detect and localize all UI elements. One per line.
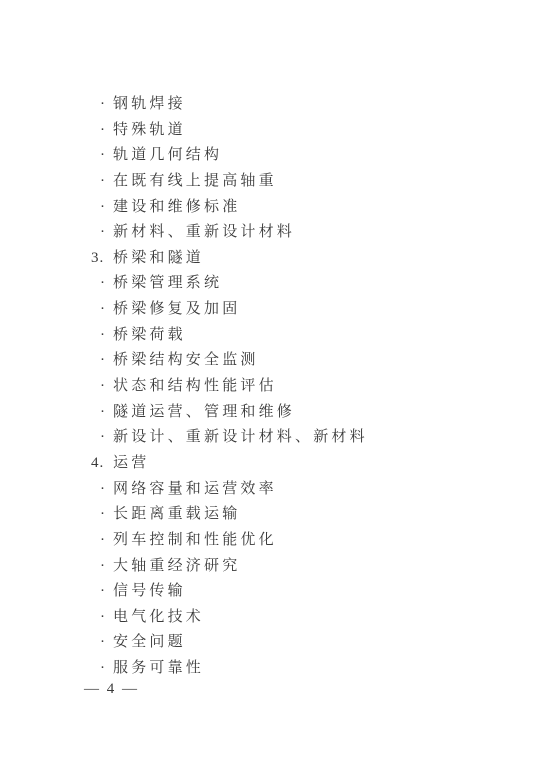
item-text: 状态和结构性能评估 bbox=[113, 374, 277, 400]
bullet-icon: · bbox=[100, 323, 105, 349]
list-item-bullet: · 隧道运营、管理和维修 bbox=[0, 400, 543, 426]
item-text: 隧道运营、管理和维修 bbox=[113, 400, 295, 426]
list-item-bullet: · 新材料、重新设计材料 bbox=[0, 220, 543, 246]
bullet-icon: · bbox=[100, 605, 105, 631]
bullet-icon: · bbox=[100, 502, 105, 528]
item-text: 列车控制和性能优化 bbox=[113, 528, 277, 554]
item-text: 建设和维修标准 bbox=[113, 195, 240, 221]
item-text: 服务可靠性 bbox=[113, 656, 204, 682]
topic-list: · 钢轨焊接 · 特殊轨道 · 轨道几何结构 · 在既有线上提高轴重 · 建设和… bbox=[0, 92, 543, 682]
item-number: 4. bbox=[91, 451, 104, 477]
list-item-bullet: · 安全问题 bbox=[0, 630, 543, 656]
item-text: 桥梁修复及加固 bbox=[113, 297, 240, 323]
bullet-icon: · bbox=[100, 92, 105, 118]
item-text: 新材料、重新设计材料 bbox=[113, 220, 295, 246]
list-item-bullet: · 服务可靠性 bbox=[0, 656, 543, 682]
bullet-icon: · bbox=[100, 271, 105, 297]
bullet-icon: · bbox=[100, 169, 105, 195]
item-text: 桥梁荷载 bbox=[113, 323, 186, 349]
bullet-icon: · bbox=[100, 400, 105, 426]
item-text: 信号传输 bbox=[113, 579, 186, 605]
page-number: — 4 — bbox=[84, 681, 139, 698]
list-item-bullet: · 特殊轨道 bbox=[0, 118, 543, 144]
bullet-icon: · bbox=[100, 554, 105, 580]
list-item-bullet: · 桥梁修复及加固 bbox=[0, 297, 543, 323]
bullet-icon: · bbox=[100, 195, 105, 221]
item-text: 长距离重载运输 bbox=[113, 502, 240, 528]
list-item-bullet: · 列车控制和性能优化 bbox=[0, 528, 543, 554]
bullet-icon: · bbox=[100, 528, 105, 554]
list-item-bullet: · 状态和结构性能评估 bbox=[0, 374, 543, 400]
bullet-icon: · bbox=[100, 630, 105, 656]
list-item-bullet: · 建设和维修标准 bbox=[0, 195, 543, 221]
document-page: · 钢轨焊接 · 特殊轨道 · 轨道几何结构 · 在既有线上提高轴重 · 建设和… bbox=[0, 0, 543, 768]
list-item-bullet: · 长距离重载运输 bbox=[0, 502, 543, 528]
item-text: 大轴重经济研究 bbox=[113, 554, 240, 580]
item-text: 桥梁管理系统 bbox=[113, 271, 222, 297]
item-text: 电气化技术 bbox=[113, 605, 204, 631]
item-text: 桥梁结构安全监测 bbox=[113, 348, 259, 374]
item-text: 在既有线上提高轴重 bbox=[113, 169, 277, 195]
item-text: 桥梁和隧道 bbox=[113, 246, 204, 272]
bullet-icon: · bbox=[100, 477, 105, 503]
bullet-icon: · bbox=[100, 579, 105, 605]
list-item-bullet: · 网络容量和运营效率 bbox=[0, 477, 543, 503]
item-text: 网络容量和运营效率 bbox=[113, 477, 277, 503]
bullet-icon: · bbox=[100, 425, 105, 451]
bullet-icon: · bbox=[100, 656, 105, 682]
list-item-numbered: 3. 桥梁和隧道 bbox=[0, 246, 543, 272]
list-item-bullet: · 轨道几何结构 bbox=[0, 143, 543, 169]
list-item-bullet: · 信号传输 bbox=[0, 579, 543, 605]
list-item-numbered: 4. 运营 bbox=[0, 451, 543, 477]
bullet-icon: · bbox=[100, 118, 105, 144]
item-text: 安全问题 bbox=[113, 630, 186, 656]
item-text: 运营 bbox=[113, 451, 149, 477]
item-text: 轨道几何结构 bbox=[113, 143, 222, 169]
bullet-icon: · bbox=[100, 143, 105, 169]
list-item-bullet: · 桥梁结构安全监测 bbox=[0, 348, 543, 374]
list-item-bullet: · 电气化技术 bbox=[0, 605, 543, 631]
list-item-bullet: · 桥梁荷载 bbox=[0, 323, 543, 349]
bullet-icon: · bbox=[100, 374, 105, 400]
item-text: 新设计、重新设计材料、新材料 bbox=[113, 425, 368, 451]
list-item-bullet: · 新设计、重新设计材料、新材料 bbox=[0, 425, 543, 451]
bullet-icon: · bbox=[100, 348, 105, 374]
item-number: 3. bbox=[91, 246, 104, 272]
item-text: 特殊轨道 bbox=[113, 118, 186, 144]
list-item-bullet: · 大轴重经济研究 bbox=[0, 554, 543, 580]
list-item-bullet: · 在既有线上提高轴重 bbox=[0, 169, 543, 195]
bullet-icon: · bbox=[100, 220, 105, 246]
item-text: 钢轨焊接 bbox=[113, 92, 186, 118]
list-item-bullet: · 桥梁管理系统 bbox=[0, 271, 543, 297]
list-item-bullet: · 钢轨焊接 bbox=[0, 92, 543, 118]
bullet-icon: · bbox=[100, 297, 105, 323]
